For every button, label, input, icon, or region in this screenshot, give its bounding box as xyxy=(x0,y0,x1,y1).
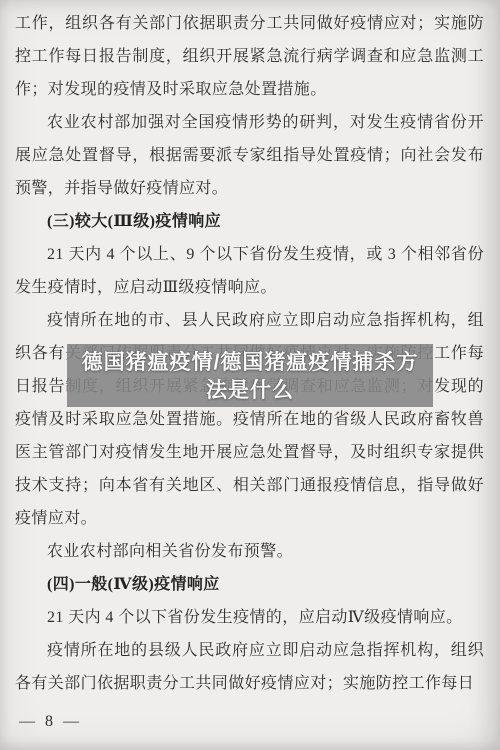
section-heading-level-4: (四)一般(Ⅳ级)疫情响应 xyxy=(15,568,484,601)
watermark-text: 德国猪瘟疫情/德国猪瘟疫情捕杀方法是什么 xyxy=(75,349,425,405)
paragraph: 疫情所在地的县级人民政府应立即启动应急指挥机构，组织各有关部门依据职责分工共同做… xyxy=(15,634,484,700)
paragraph: 疫情所在地的市、县人民政府应立即启动应急指挥机构，组织各有关部门依据职责分工共同… xyxy=(15,304,484,535)
paragraph: 农业农村部加强对全国疫情形势的研判，对发生疫情省份开展应急处置督导，根据需要派专… xyxy=(15,106,484,205)
section-heading-level-3: (三)较大(Ⅲ级)疫情响应 xyxy=(15,205,484,238)
page-number: — 8 — xyxy=(19,713,82,731)
paragraph: 21 天内 4 个以上、9 个以下省份发生疫情，或 3 个相邻省份发生疫情时，应… xyxy=(15,238,484,304)
paragraph: 21 天内 4 个以下省份发生疫情的，应启动Ⅳ级疫情响应。 xyxy=(15,601,484,634)
document-page: 工作，组织各有关部门依据职责分工共同做好疫情应对；实施防控工作每日报告制度，组织… xyxy=(0,0,500,750)
paragraph-continuation: 工作，组织各有关部门依据职责分工共同做好疫情应对；实施防控工作每日报告制度，组织… xyxy=(15,7,484,106)
watermark-overlay: 德国猪瘟疫情/德国猪瘟疫情捕杀方法是什么 xyxy=(67,344,433,407)
paragraph: 农业农村部向相关省份发布预警。 xyxy=(15,535,484,568)
